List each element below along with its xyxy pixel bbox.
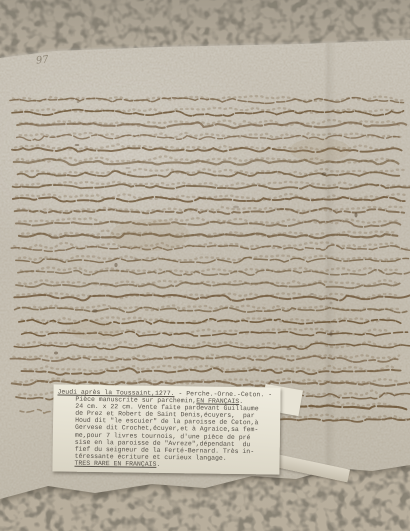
- caption-text: .: [239, 398, 243, 405]
- manuscript-photo: 97 Jeudi après la Toussaint,1277. - Perc…: [0, 0, 410, 531]
- caption-underlined-text: TRES RARE EN FRANÇAIS: [74, 460, 156, 468]
- inventory-mark: 97: [35, 54, 49, 66]
- catalog-caption-card: Jeudi après la Toussaint,1277. - Perche.…: [52, 384, 280, 474]
- caption-line: TRES RARE EN FRANÇAIS.: [74, 460, 275, 470]
- caption-text: .: [156, 461, 160, 468]
